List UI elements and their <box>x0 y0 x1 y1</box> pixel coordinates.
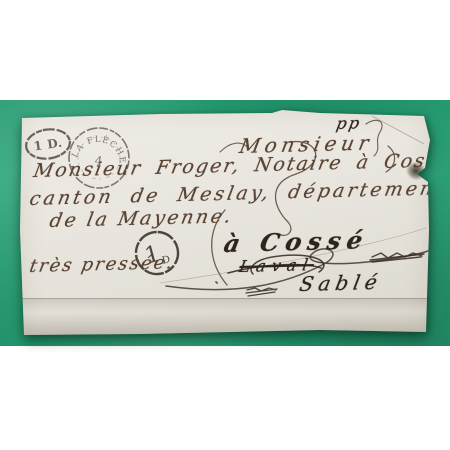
photo-of-antique-letter: { "scene": { "canvas_bg": "#ffffff", "ma… <box>0 0 450 450</box>
routing-city-sable: Sablé <box>298 272 384 294</box>
urgency-endorsement: très pressée. <box>28 254 176 276</box>
address-line-3: de la Mayenne. <box>48 207 235 231</box>
paper-fold-flap <box>20 298 430 336</box>
paper-crease-line <box>372 116 424 144</box>
letter-cover: 1 D. LA FLÈCHE 4 1 D <box>20 110 430 335</box>
manuscript-pp: pp <box>335 115 363 132</box>
green-felt-background: 1 D. LA FLÈCHE 4 1 D <box>0 100 450 346</box>
destination-line: à Cossé <box>222 228 371 256</box>
letter-paper: 1 D. LA FLÈCHE 4 1 D <box>20 110 430 335</box>
